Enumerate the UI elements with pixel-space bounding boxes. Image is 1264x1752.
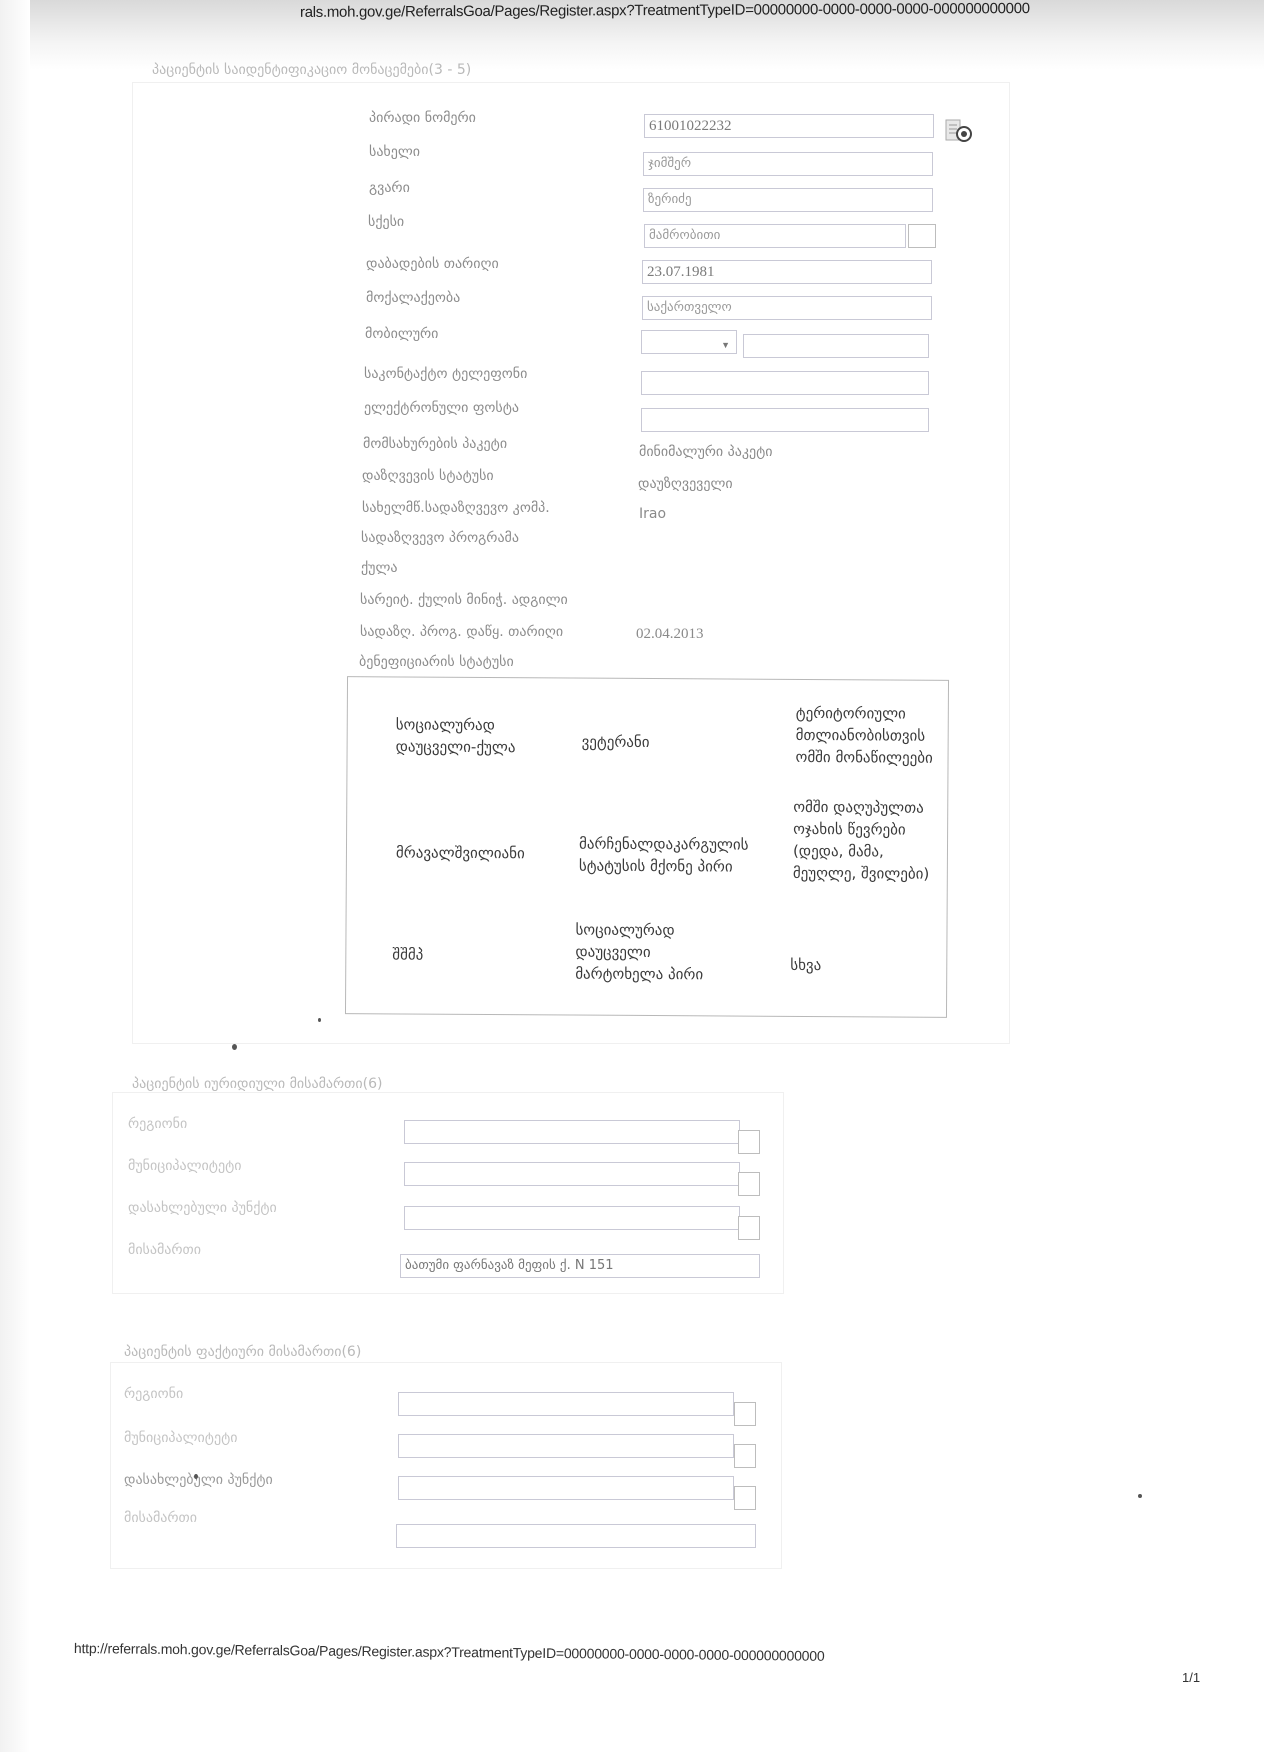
- scan-edge: [0, 0, 30, 1752]
- chevron-down-icon: ▼: [721, 336, 730, 354]
- scan-speck: [318, 1018, 321, 1022]
- label-beneficiary-status: ბენეფიციარის სტატუსი: [359, 654, 514, 670]
- personal-number-input[interactable]: 61001022232: [644, 114, 934, 138]
- actual-region-input[interactable]: [398, 1392, 734, 1416]
- legal-region-dropdown-button[interactable]: [738, 1130, 760, 1154]
- identification-title: პაციენტის საიდენტიფიკაციო მონაცემები(3 -…: [152, 62, 471, 78]
- gender-select[interactable]: მამრობითი: [644, 224, 906, 248]
- service-package-value: მინიმალური პაკეტი: [639, 444, 772, 460]
- label-personal-number: პირადი ნომერი: [369, 110, 476, 126]
- citizenship-input[interactable]: საქართველო: [642, 296, 932, 320]
- birth-date-input[interactable]: 23.07.1981: [642, 260, 932, 284]
- label-legal-settlement: დასახლებული პუნქტი: [128, 1200, 277, 1216]
- mobile-prefix-select[interactable]: ▼: [641, 330, 737, 354]
- label-actual-region: რეგიონი: [124, 1386, 183, 1402]
- first-name-input[interactable]: ჯიმშერ: [643, 152, 933, 176]
- program-start-date-value: 02.04.2013: [636, 626, 704, 643]
- legal-address-input[interactable]: ბათუმი ფარნავაზ მეფის ქ. N 151: [400, 1254, 760, 1278]
- actual-address-input[interactable]: [396, 1524, 756, 1548]
- gender-dropdown-button[interactable]: [908, 224, 936, 248]
- legal-municipality-input[interactable]: [404, 1162, 740, 1186]
- label-mobile: მობილური: [365, 326, 438, 342]
- label-birth-date: დაბადების თარიღი: [366, 256, 499, 272]
- beneficiary-status-grid: სოციალურად დაუცველი-ქულა ვეტერანი ტერიტო…: [345, 676, 949, 1018]
- legal-settlement-input[interactable]: [404, 1206, 740, 1230]
- legal-address-title: პაციენტის იურიდიული მისამართი(6): [132, 1076, 382, 1092]
- label-insurance-program: სადაზღვევო პროგრამა: [361, 530, 519, 546]
- label-actual-address: მისამართი: [124, 1510, 197, 1526]
- beneficiary-option[interactable]: მრავალშვილიანი: [396, 841, 556, 864]
- beneficiary-option[interactable]: სოციალურად დაუცველი-ქულა: [396, 713, 546, 758]
- label-contact-phone: საკონტაქტო ტელეფონი: [364, 366, 527, 382]
- label-legal-address: მისამართი: [128, 1242, 201, 1258]
- insurance-status-value: დაუზღვეველი: [638, 476, 733, 492]
- beneficiary-option[interactable]: სოციალურად დაუცველი მარტოხელა პირი: [575, 919, 725, 986]
- label-legal-municipality: მუნიციპალიტეტი: [128, 1158, 241, 1174]
- label-email: ელექტრონული ფოსტა: [364, 400, 519, 416]
- label-first-name: სახელი: [369, 144, 420, 160]
- last-name-input[interactable]: ზერიძე: [643, 188, 933, 212]
- actual-municipality-dropdown-button[interactable]: [734, 1444, 756, 1468]
- label-service-package: მომსახურების პაკეტი: [363, 436, 507, 452]
- beneficiary-option[interactable]: ომში დაღუპულთა ოჯახის წევრები (დედა, მამ…: [793, 796, 944, 885]
- beneficiary-option[interactable]: სხვა: [790, 954, 910, 977]
- state-insurer-value: Irao: [639, 506, 666, 522]
- label-score-assign-place: სარეიტ. ქულის მინიჭ. ადგილი: [360, 592, 568, 608]
- contact-phone-input[interactable]: [641, 371, 929, 395]
- scan-speck: [1138, 1494, 1142, 1498]
- email-input[interactable]: [641, 408, 929, 432]
- scan-speck: [194, 1474, 198, 1479]
- beneficiary-option[interactable]: ტერიტორიული მთლიანობისთვის ომში მონაწილე…: [795, 702, 945, 769]
- scan-speck: [232, 1044, 237, 1050]
- beneficiary-option[interactable]: ვეტერანი: [582, 731, 742, 754]
- label-actual-settlement: დასახლებული პუნქტი: [124, 1472, 273, 1488]
- actual-settlement-input[interactable]: [398, 1476, 734, 1500]
- label-gender: სქესი: [368, 214, 404, 230]
- person-lookup-icon[interactable]: [944, 118, 974, 146]
- label-program-start-date: სადაზღ. პროგ. დაწყ. თარიღი: [360, 624, 563, 640]
- label-score: ქულა: [361, 560, 398, 576]
- label-legal-region: რეგიონი: [128, 1116, 187, 1132]
- label-insurance-status: დაზღვევის სტატუსი: [362, 468, 494, 484]
- page-number: 1/1: [1182, 1670, 1200, 1685]
- actual-region-dropdown-button[interactable]: [734, 1402, 756, 1426]
- beneficiary-option[interactable]: შშმპ: [392, 943, 512, 966]
- label-actual-municipality: მუნიციპალიტეტი: [124, 1430, 237, 1446]
- label-last-name: გვარი: [369, 180, 410, 196]
- legal-settlement-dropdown-button[interactable]: [738, 1216, 760, 1240]
- legal-region-input[interactable]: [404, 1120, 740, 1144]
- legal-municipality-dropdown-button[interactable]: [738, 1172, 760, 1196]
- actual-settlement-dropdown-button[interactable]: [734, 1486, 756, 1510]
- label-state-insurer: სახელმწ.სადაზღვევო კომპ.: [362, 500, 550, 516]
- actual-municipality-input[interactable]: [398, 1434, 734, 1458]
- actual-address-title: პაციენტის ფაქტიური მისამართი(6): [124, 1344, 361, 1360]
- beneficiary-option[interactable]: მარჩენალდაკარგულის სტატუსის მქონე პირი: [579, 833, 779, 878]
- mobile-number-input[interactable]: [743, 334, 929, 358]
- label-citizenship: მოქალაქეობა: [366, 290, 460, 306]
- print-footer-url: http://referrals.moh.gov.ge/ReferralsGoa…: [74, 1640, 825, 1664]
